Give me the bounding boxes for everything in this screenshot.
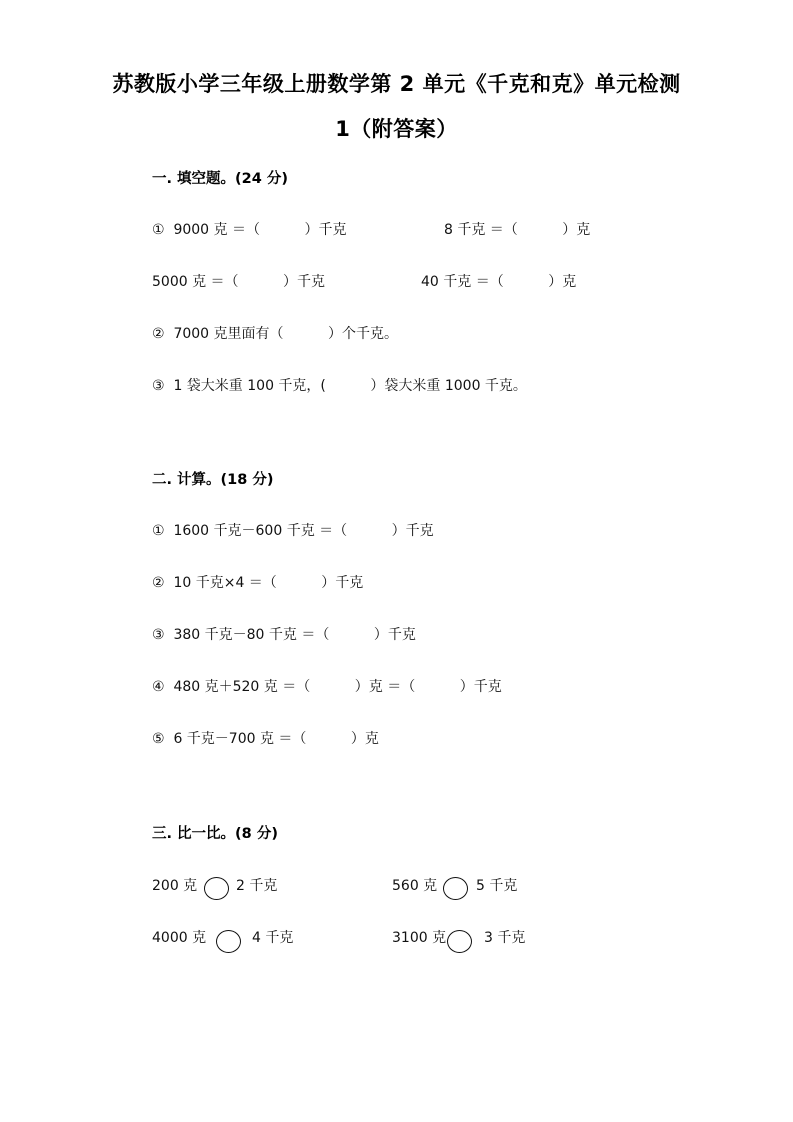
fill-blank-item: 5000 克 ＝（ ）千克 bbox=[152, 271, 325, 291]
section-1-heading: 一. 填空题。(24 分) bbox=[152, 167, 288, 188]
fill-blank-item: ① 9000 克 ＝（ ）千克 bbox=[152, 219, 346, 239]
compare-left: 3100 克 bbox=[392, 927, 446, 947]
compare-circle[interactable] bbox=[447, 930, 472, 953]
fill-blank-item: 40 千克 ＝（ ）克 bbox=[421, 271, 576, 291]
document-title-line1: 苏教版小学三年级上册数学第 2 单元《千克和克》单元检测 bbox=[0, 68, 793, 98]
fill-blank-item: ③ 1 袋大米重 100 千克，( ）袋大米重 1000 千克。 bbox=[152, 375, 527, 395]
compare-right: 3 千克 bbox=[484, 927, 525, 947]
section-3-heading: 三. 比一比。(8 分) bbox=[152, 822, 278, 843]
calc-item: ③ 380 千克－80 千克 ＝（ ）千克 bbox=[152, 624, 416, 644]
compare-left: 200 克 bbox=[152, 875, 197, 895]
section-2-heading: 二. 计算。(18 分) bbox=[152, 468, 274, 489]
compare-left: 560 克 bbox=[392, 875, 437, 895]
fill-blank-item: ② 7000 克里面有（ ）个千克。 bbox=[152, 323, 398, 343]
calc-item: ④ 480 克＋520 克 ＝（ ）克 ＝（ ）千克 bbox=[152, 676, 502, 696]
compare-circle[interactable] bbox=[204, 877, 229, 900]
compare-circle[interactable] bbox=[216, 930, 241, 953]
compare-right: 4 千克 bbox=[252, 927, 293, 947]
compare-right: 5 千克 bbox=[476, 875, 517, 895]
calc-item: ① 1600 千克－600 千克 ＝（ ）千克 bbox=[152, 520, 434, 540]
compare-circle[interactable] bbox=[443, 877, 468, 900]
calc-item: ② 10 千克×4 ＝（ ）千克 bbox=[152, 572, 363, 592]
fill-blank-item: 8 千克 ＝（ ）克 bbox=[444, 219, 590, 239]
document-title-line2: 1（附答案） bbox=[0, 113, 793, 143]
compare-left: 4000 克 bbox=[152, 927, 206, 947]
compare-right: 2 千克 bbox=[236, 875, 277, 895]
calc-item: ⑤ 6 千克－700 克 ＝（ ）克 bbox=[152, 728, 379, 748]
